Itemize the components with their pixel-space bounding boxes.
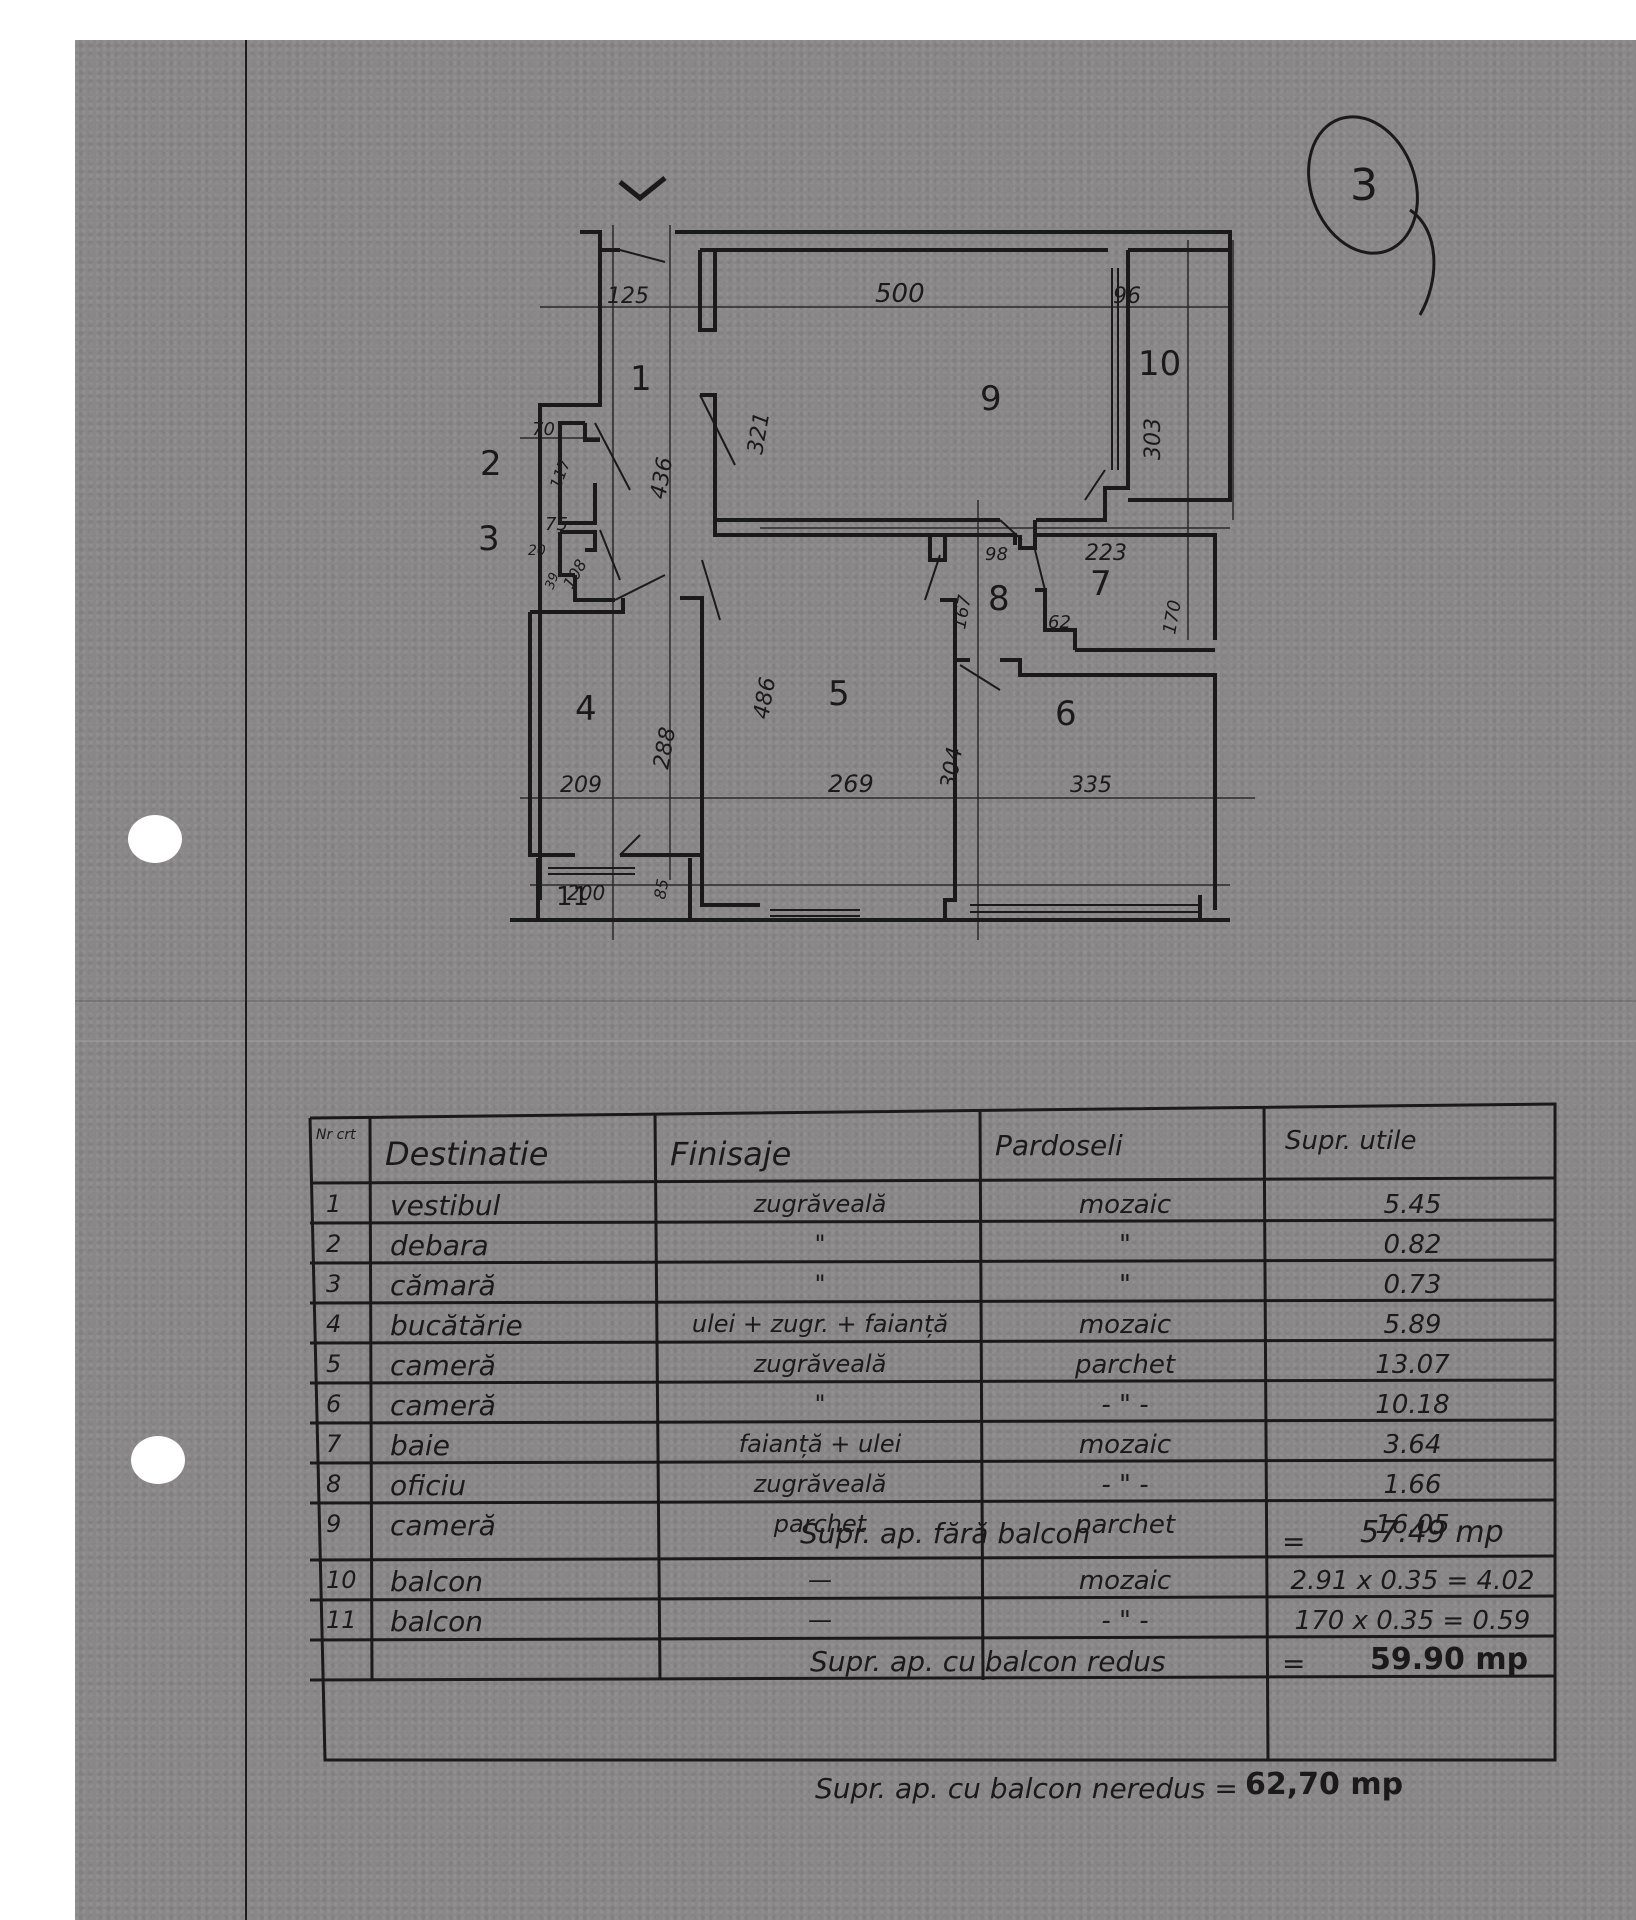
row-nr: 3: [326, 1272, 366, 1296]
row-destinatie: oficiu: [390, 1472, 650, 1500]
row-suprafata: 5.45: [1275, 1192, 1550, 1218]
subtotal-label: Supr. ap. fără balcon: [800, 1520, 1090, 1548]
row-destinatie: debara: [390, 1232, 650, 1260]
balcony-row-nr: 10: [326, 1568, 366, 1592]
row-finisaje: faianță + ulei: [665, 1432, 975, 1456]
row-finisaje: ": [665, 1392, 975, 1416]
header-destinatie: Destinatie: [385, 1138, 548, 1170]
row-finisaje: ulei + zugr. + faianță: [665, 1312, 975, 1336]
row-finisaje: ": [665, 1232, 975, 1256]
row-suprafata: 0.73: [1275, 1272, 1550, 1298]
total-unreduced-label: Supr. ap. cu balcon neredus =: [815, 1775, 1238, 1803]
header-suprafata-utila: Supr. utile: [1285, 1128, 1416, 1154]
row-destinatie: cameră: [390, 1512, 650, 1540]
row-nr: 2: [326, 1232, 366, 1256]
total-unreduced-value: 62,70 mp: [1245, 1770, 1403, 1800]
balcony-row-pardoseli: - " -: [990, 1608, 1260, 1634]
subtotal-value: 57.49 mp: [1360, 1518, 1504, 1548]
row-pardoseli: - " -: [990, 1392, 1260, 1418]
row-suprafata: 1.66: [1275, 1472, 1550, 1498]
row-finisaje: ": [665, 1272, 975, 1296]
total-reduced-equals: =: [1282, 1650, 1305, 1678]
row-nr: 8: [326, 1472, 366, 1496]
balcony-row-pardoseli: mozaic: [990, 1568, 1260, 1594]
row-suprafata: 10.18: [1275, 1392, 1550, 1418]
row-pardoseli: mozaic: [990, 1432, 1260, 1458]
row-finisaje: zugrăveală: [665, 1472, 975, 1496]
subtotal-equals: =: [1282, 1528, 1305, 1556]
row-nr: 1: [326, 1192, 366, 1216]
header-finisaje: Finisaje: [670, 1138, 791, 1170]
row-pardoseli: mozaic: [990, 1312, 1260, 1338]
row-nr: 6: [326, 1392, 366, 1416]
row-pardoseli: ": [990, 1272, 1260, 1298]
balcony-row-suprafata: 2.91 x 0.35 = 4.02: [1275, 1568, 1550, 1594]
row-pardoseli: ": [990, 1232, 1260, 1258]
row-nr: 7: [326, 1432, 366, 1456]
row-destinatie: cameră: [390, 1392, 650, 1420]
row-nr: 9: [326, 1512, 366, 1536]
balcony-row-finisaje: —: [665, 1568, 975, 1592]
row-destinatie: cămară: [390, 1272, 650, 1300]
row-nr: 4: [326, 1312, 366, 1336]
header-pardoseli: Pardoseli: [995, 1132, 1123, 1160]
row-suprafata: 5.89: [1275, 1312, 1550, 1338]
row-nr: 5: [326, 1352, 366, 1376]
row-suprafata: 3.64: [1275, 1432, 1550, 1458]
balcony-row-nr: 11: [326, 1608, 366, 1632]
total-reduced-label: Supr. ap. cu balcon redus: [810, 1648, 1166, 1676]
row-suprafata: 13.07: [1275, 1352, 1550, 1378]
total-reduced-value: 59.90 mp: [1370, 1645, 1528, 1675]
row-pardoseli: parchet: [990, 1352, 1260, 1378]
row-destinatie: cameră: [390, 1352, 650, 1380]
row-destinatie: bucătărie: [390, 1312, 650, 1340]
row-pardoseli: mozaic: [990, 1192, 1260, 1218]
row-pardoseli: - " -: [990, 1472, 1260, 1498]
row-finisaje: zugrăveală: [665, 1192, 975, 1216]
row-suprafata: 0.82: [1275, 1232, 1550, 1258]
balcony-row-destinatie: balcon: [390, 1608, 650, 1636]
row-destinatie: vestibul: [390, 1192, 650, 1220]
balcony-row-suprafata: 170 x 0.35 = 0.59: [1275, 1608, 1550, 1634]
row-finisaje: zugrăveală: [665, 1352, 975, 1376]
header-nr-crt: Nr crt: [316, 1128, 356, 1142]
balcony-row-destinatie: balcon: [390, 1568, 650, 1596]
balcony-row-finisaje: —: [665, 1608, 975, 1632]
row-destinatie: baie: [390, 1432, 650, 1460]
